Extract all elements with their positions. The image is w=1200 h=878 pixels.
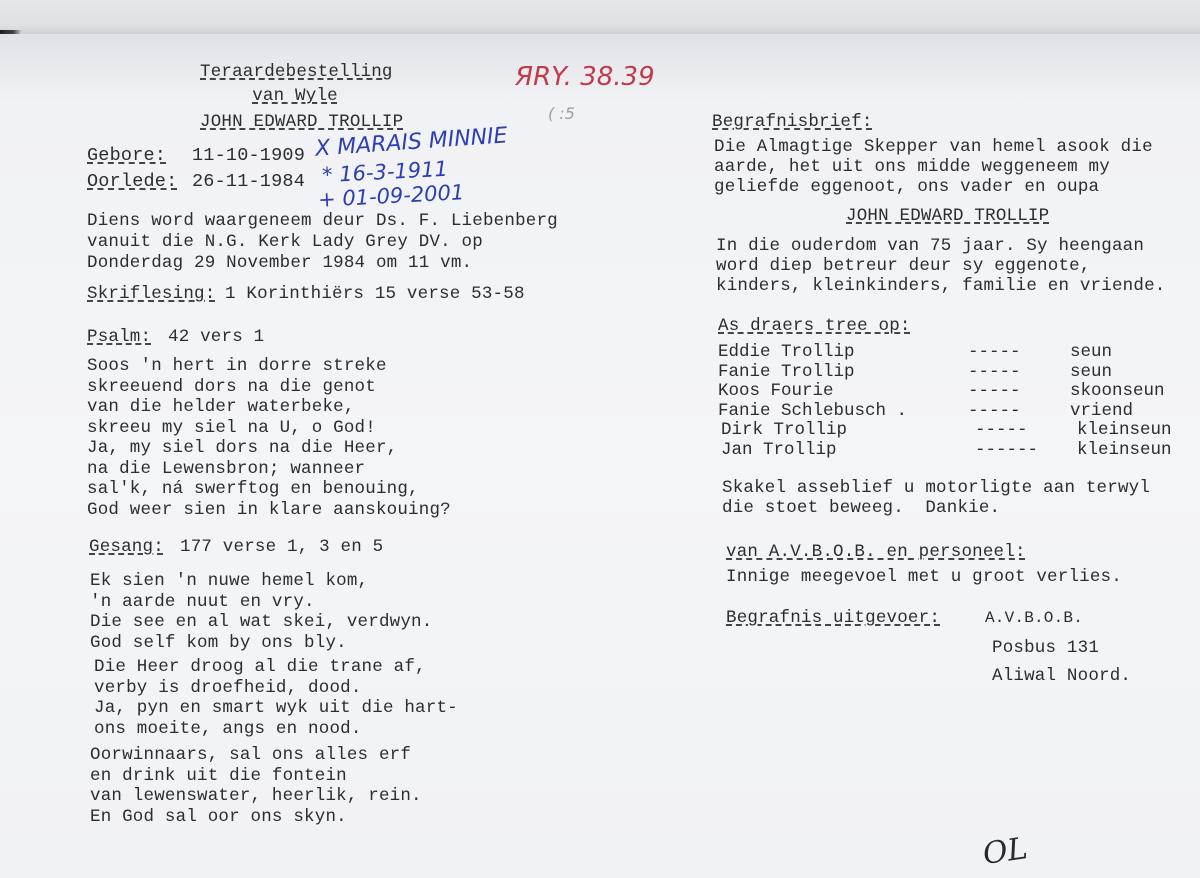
hymn-line: en drink uit die fontein — [90, 766, 347, 786]
bearer-row: Fanie Schlebusch .-----vriend — [718, 401, 1188, 421]
hymn-line: 'n aarde nuut en vry. — [90, 592, 315, 612]
psalm-line: Soos 'n hert in dorre streke — [87, 356, 387, 376]
bearer-dash: ----- — [975, 420, 1028, 440]
bearer-dash: ----- — [968, 381, 1021, 401]
service-line: Donderdag 29 November 1984 om 11 vm. — [87, 253, 472, 273]
undertaker-line: Aliwal Noord. — [992, 666, 1131, 686]
letter-label: Begrafnisbrief: — [712, 112, 873, 132]
psalm-line: sal'k, ná swerftog en benouing, — [87, 479, 419, 499]
bearers-label: As draers tree op: — [718, 316, 911, 336]
born-label: Gebore: — [87, 146, 166, 166]
funeral-program-page: Teraardebestelling van Wyle JOHN EDWARD … — [0, 34, 1200, 878]
hymn-line: Die see en al wat skei, verdwyn. — [90, 612, 432, 632]
undertaker-line: Posbus 131 — [992, 638, 1099, 658]
bearer-dash: ----- — [968, 401, 1021, 421]
document-subtitle: van Wyle — [200, 86, 390, 106]
bearer-dash: ----- — [968, 362, 1021, 382]
undertaker-line: A.V.B.O.B. — [985, 608, 1083, 628]
pencil-mark: ( :5 — [548, 104, 575, 123]
bearer-relation: kleinseun — [1077, 420, 1172, 440]
bearer-row: Fanie Trollip-----seun — [718, 362, 1188, 382]
undertaker-label: Begrafnis uitgevoer: — [726, 608, 940, 628]
hymn-line: ons moeite, angs en nood. — [94, 719, 362, 739]
letter-name: JOHN EDWARD TROLLIP — [846, 206, 1049, 226]
hymn-line: verby is droefheid, dood. — [94, 678, 362, 698]
letter-line: geliefde eggenoot, ons vader en oupa — [714, 177, 1099, 197]
psalm-line: van die helder waterbeke, — [87, 397, 355, 417]
hymn-line: Die Heer droog al die trane af, — [94, 657, 426, 677]
handwritten-initials: OL — [981, 831, 1030, 872]
bearer-relation: seun — [1070, 342, 1112, 362]
reading-label: Skriflesing: — [87, 284, 215, 304]
hymn-line: Ja, pyn en smart wyk uit die hart- — [94, 698, 458, 718]
psalm-label: Psalm: — [87, 327, 151, 347]
hymn-label: Gesang: — [89, 537, 164, 557]
psalm-line: na die Lewensbron; wanneer — [87, 459, 365, 479]
avbob-text: Innige meegevoel met u groot verlies. — [726, 567, 1122, 587]
lights-line: Skakel asseblief u motorligte aan terwyl — [722, 478, 1150, 498]
hymn-line: God self kom by ons bly. — [90, 633, 347, 653]
bearer-relation: vriend — [1070, 401, 1133, 421]
bearer-name: Dirk Trollip — [721, 420, 847, 440]
handwritten-reference: ЯRY. 38.39 — [515, 62, 655, 92]
hymn-value: 177 verse 1, 3 en 5 — [180, 537, 383, 557]
died-date: 26-11-1984 — [192, 172, 305, 192]
bearer-name: Eddie Trollip — [718, 342, 855, 362]
letter-after-line: kinders, kleinkinders, familie en vriend… — [716, 276, 1165, 296]
psalm-line: Ja, my siel dors na die Heer, — [87, 438, 397, 458]
died-label: Oorlede: — [87, 172, 177, 192]
document-title: Teraardebestelling — [200, 62, 390, 82]
bearer-name: Fanie Schlebusch . — [718, 401, 907, 421]
service-line: Diens word waargeneem deur Ds. F. Lieben… — [87, 211, 558, 231]
born-date: 11-10-1909 — [192, 146, 305, 166]
service-line: vanuit die N.G. Kerk Lady Grey DV. op — [87, 232, 483, 252]
avbob-label: van A.V.B.O.B. en personeel: — [726, 542, 1026, 562]
psalm-value: 42 vers 1 — [168, 327, 264, 347]
bearer-row: Koos Fourie-----skoonseun — [718, 381, 1188, 401]
hymn-line: Oorwinnaars, sal ons alles erf — [90, 745, 411, 765]
bearer-dash: ------ — [975, 440, 1038, 460]
bearer-name: Koos Fourie — [718, 381, 834, 401]
bearer-name: Fanie Trollip — [718, 362, 855, 382]
hymn-line: En God sal oor ons skyn. — [90, 807, 347, 827]
letter-after-line: word diep betreur deur sy eggenote, — [716, 256, 1091, 276]
bearer-relation: kleinseun — [1077, 440, 1172, 460]
deceased-name: JOHN EDWARD TROLLIP — [200, 112, 390, 132]
lights-line: die stoet beweeg. Dankie. — [722, 498, 1000, 518]
bearer-name: Jan Trollip — [721, 440, 837, 460]
bearer-row: Eddie Trollip-----seun — [718, 342, 1188, 362]
overlapping-page-edge — [0, 0, 1200, 36]
psalm-line: skreeu my siel na U, o God! — [87, 418, 376, 438]
bearer-relation: skoonseun — [1070, 381, 1165, 401]
reading-value: 1 Korinthiërs 15 verse 53-58 — [225, 284, 525, 304]
bearer-row: Dirk Trollip-----kleinseun — [721, 420, 1191, 440]
letter-line: Die Almagtige Skepper van hemel asook di… — [714, 137, 1153, 157]
bearer-row: Jan Trollip------kleinseun — [721, 440, 1191, 460]
psalm-line: skreeuend dors na die genot — [87, 377, 376, 397]
psalm-line: God weer sien in klare aanskouing? — [87, 500, 451, 520]
letter-line: aarde, het uit ons midde weggeneem my — [714, 157, 1110, 177]
hymn-line: van lewenswater, heerlik, rein. — [90, 786, 422, 806]
hymn-line: Ek sien 'n nuwe hemel kom, — [90, 571, 368, 591]
letter-after-line: In die ouderdom van 75 jaar. Sy heengaan — [716, 236, 1144, 256]
bearer-relation: seun — [1070, 362, 1112, 382]
bearer-dash: ----- — [968, 342, 1021, 362]
